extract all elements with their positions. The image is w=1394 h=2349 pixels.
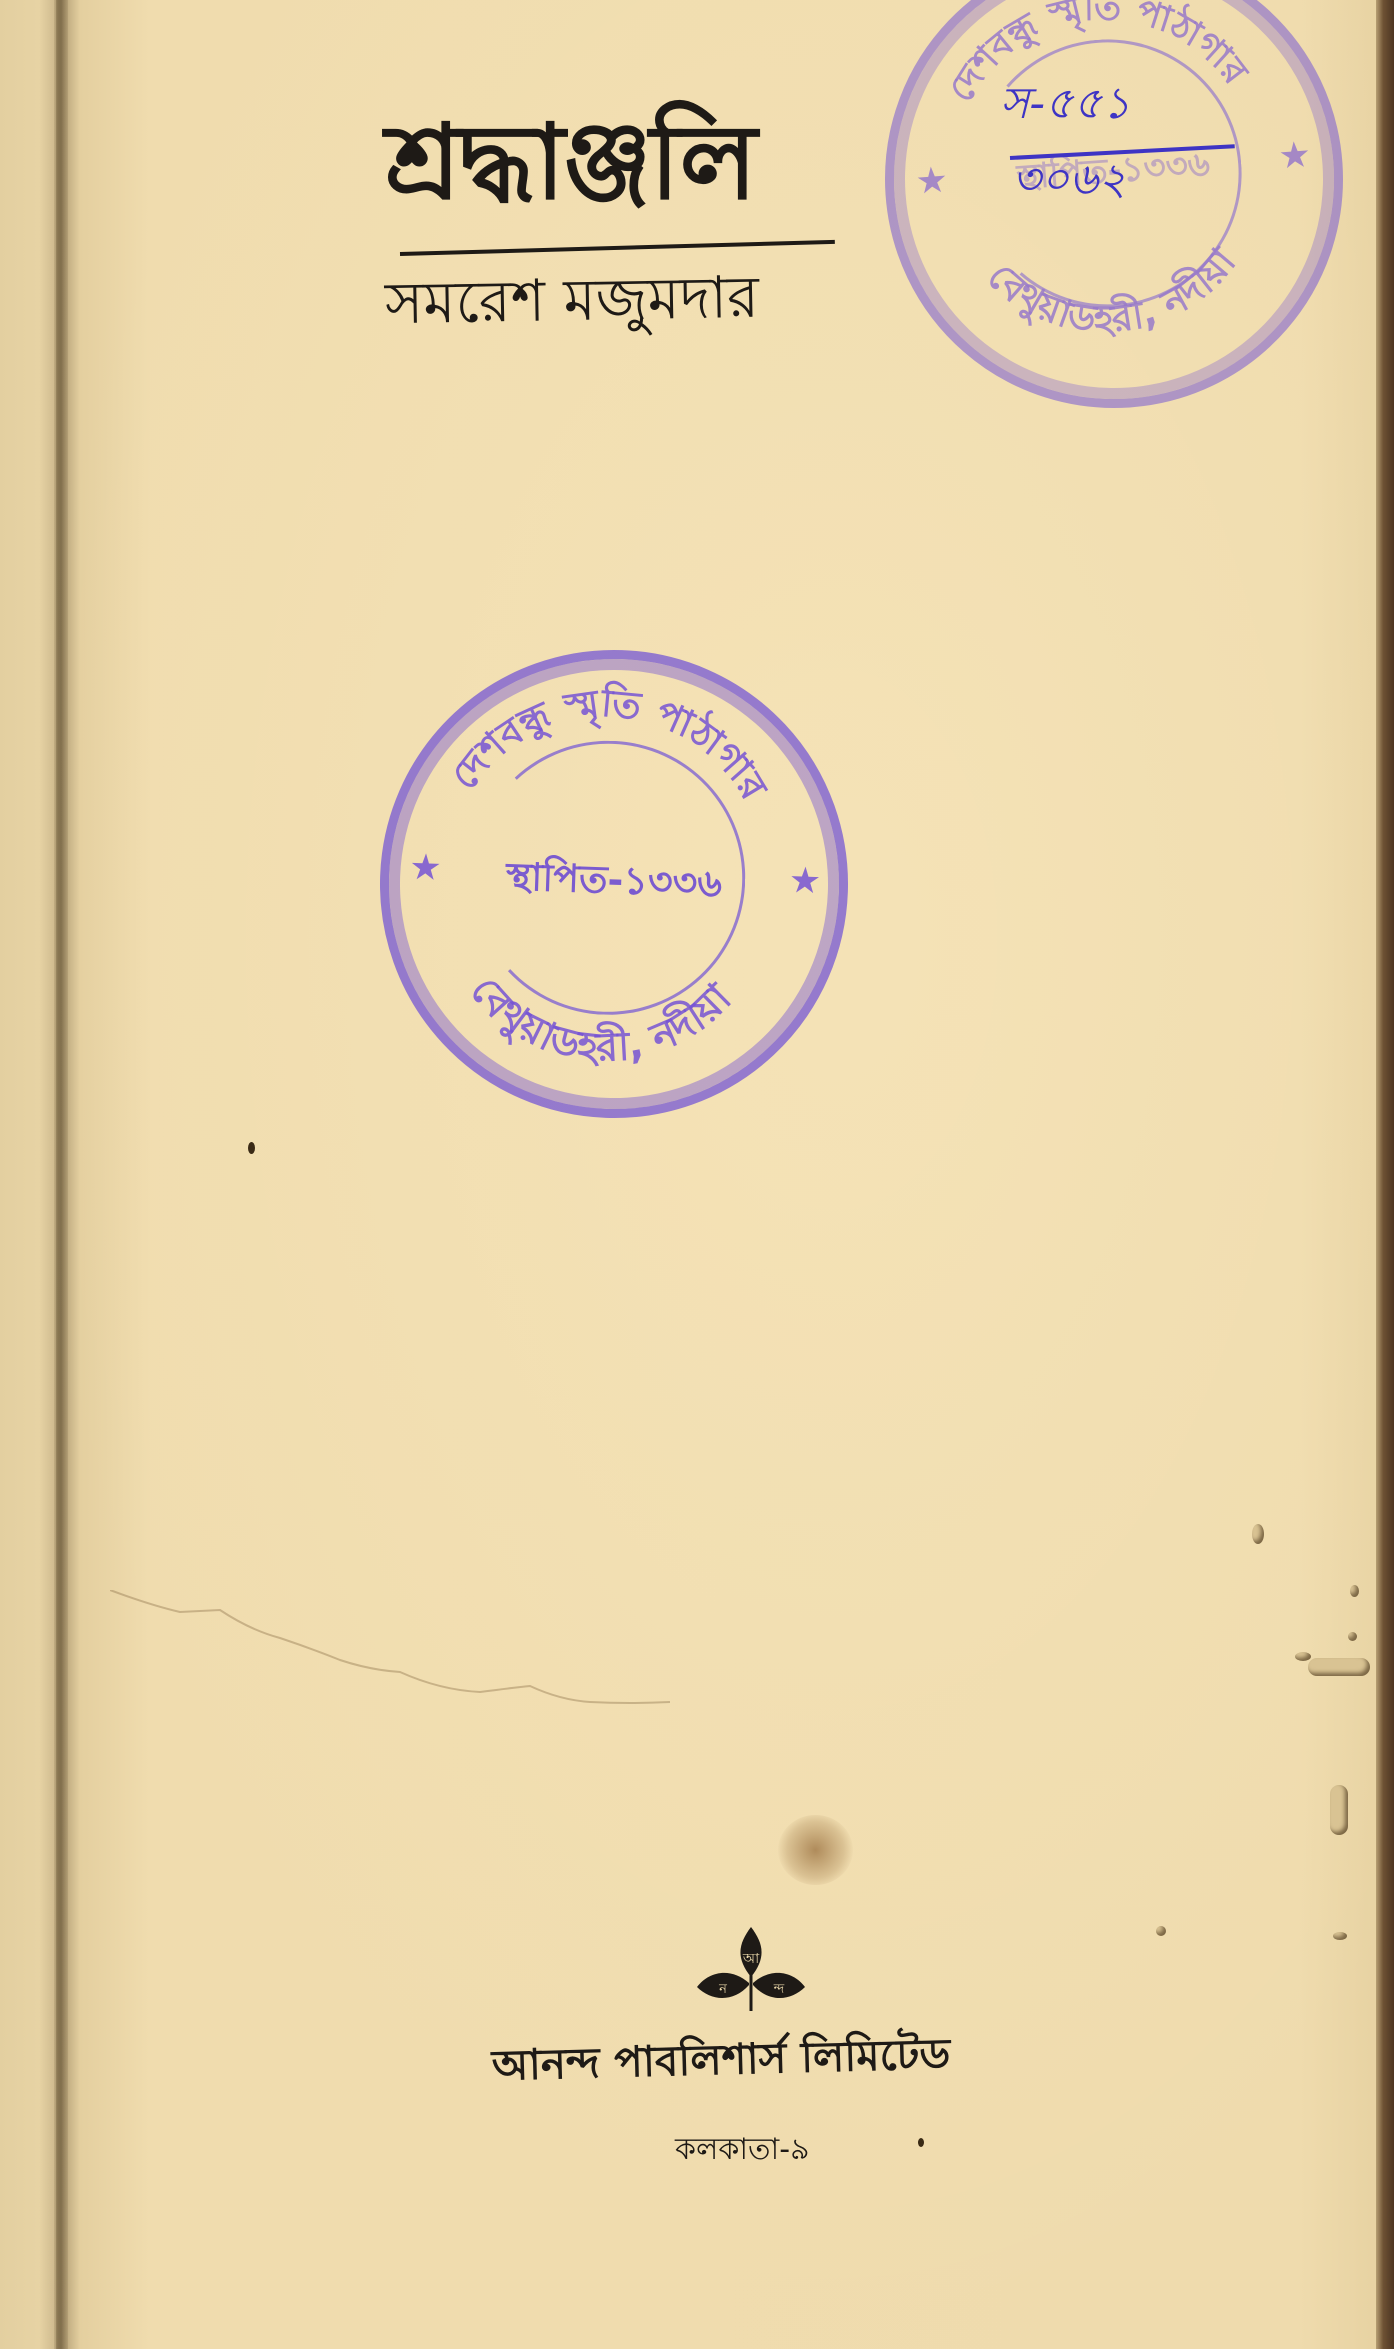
accession-number-top: স-৫৫১ bbox=[1000, 82, 1131, 126]
publisher-logo: আ ন ন্দ bbox=[695, 1925, 807, 2025]
svg-text:বেথুয়াডহরী, নদীয়া: বেথুয়াডহরী, নদীয়া bbox=[977, 236, 1250, 350]
stamp-library-location: বেথুয়াডহরী, নদীয়া bbox=[459, 966, 743, 1077]
logo-letter-a: আ bbox=[742, 1951, 760, 1967]
book-author: সমরেশ মজুমদার bbox=[384, 264, 875, 336]
wormhole bbox=[1348, 1632, 1357, 1641]
stamp-library-name: দেশবন্ধু স্মৃতি পাঠাগার bbox=[441, 674, 780, 809]
svg-text:দেশবন্ধু স্মৃতি পাঠাগার: দেশবন্ধু স্মৃতি পাঠাগার bbox=[441, 674, 780, 809]
library-stamp: দেশবন্ধু স্মৃতি পাঠাগার বেথুয়াডহরী, নদী… bbox=[372, 642, 856, 1126]
svg-text:বেথুয়াডহরী, নদীয়া: বেথুয়াডহরী, নদীয়া bbox=[459, 966, 743, 1077]
speck bbox=[248, 1142, 255, 1154]
wormhole bbox=[1308, 1658, 1370, 1676]
library-stamp-accession: দেশবন্ধু স্মৃতি পাঠাগার বেথুয়াডহরী, নদী… bbox=[870, 0, 1359, 423]
title-page: শ্রদ্ধাঞ্জলি সমরেশ মজুমদার দেশবন্ধু স্মৃ… bbox=[0, 0, 1394, 2349]
spine-fold bbox=[54, 0, 68, 2349]
wormhole bbox=[1252, 1524, 1264, 1544]
facing-page-edge bbox=[0, 0, 56, 2349]
publisher-name: আনন্দ পাবলিশার্স লিমিটেড bbox=[491, 2019, 1033, 2104]
page-edge-shadow bbox=[1376, 0, 1394, 2349]
wormhole bbox=[1333, 1932, 1347, 1940]
book-title: শ্রদ্ধাঞ্জলি bbox=[385, 110, 835, 214]
wormhole bbox=[1350, 1585, 1359, 1597]
wormhole bbox=[1156, 1926, 1166, 1936]
wormhole bbox=[1295, 1652, 1311, 1661]
title-rule bbox=[400, 240, 835, 256]
stamp-library-location: বেথুয়াডহরী, নদীয়া bbox=[977, 236, 1250, 350]
paper-crease bbox=[110, 1590, 670, 1710]
publisher-city: কলকাতা-৯ bbox=[675, 2125, 845, 2176]
speck bbox=[918, 2138, 924, 2147]
stain bbox=[778, 1815, 853, 1885]
logo-letter-na: ন bbox=[718, 1982, 727, 1997]
logo-letter-nda: ন্দ bbox=[773, 1982, 785, 1997]
accession-number-bottom: ৩০৬২ bbox=[1012, 158, 1126, 202]
wormhole bbox=[1330, 1785, 1348, 1835]
